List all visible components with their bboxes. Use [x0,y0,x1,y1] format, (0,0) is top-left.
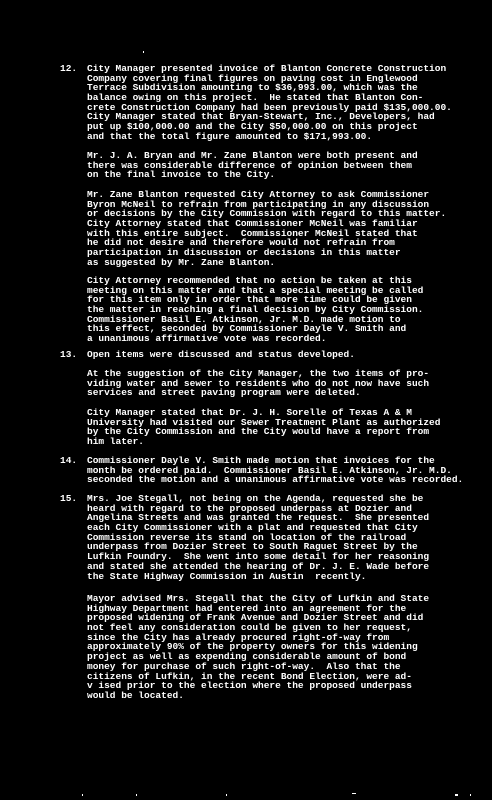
item-15-paragraph-stegall-request: Mrs. Joe Stegall, not being on the Agend… [87,494,487,581]
scan-speck [470,794,471,796]
text-line: him later. [87,437,487,447]
item-number-14: 14. [60,456,86,466]
text-line: the State Highway Commission in Austin r… [87,572,487,582]
item-12-paragraph-recommendation: City Attorney recommended that no action… [87,276,487,344]
item-number-12: 12. [60,64,86,74]
item-13-paragraph-deleted-items: At the suggestion of the City Manager, t… [87,369,487,398]
text-line: a unanimous affirmative vote was recorde… [87,334,487,344]
scan-speck [82,794,83,796]
scan-speck [136,794,137,796]
scan-speck [143,51,144,53]
text-line: as suggested by Mr. Zane Blanton. [87,258,487,268]
scan-speck [455,794,458,796]
text-line: services and street paving program were … [87,388,487,398]
scan-speck [352,793,356,794]
scan-speck [226,794,227,796]
item-12-paragraph-refrain-request: Mr. Zane Blanton requested City Attorney… [87,190,487,268]
item-13-paragraph-sewer-report: City Manager stated that Dr. J. H. Sorel… [87,408,487,447]
item-14-paragraph-invoices: Commissioner Dayle V. Smith made motion … [87,456,487,485]
document-page: 12. City Manager presented invoice of Bl… [0,0,492,800]
item-12-paragraph-opinion: Mr. J. A. Bryan and Mr. Zane Blanton wer… [87,151,487,180]
text-line: on the final invoice to the City. [87,170,487,180]
text-line: and that the total figure amounted to $1… [87,132,487,142]
item-number-15: 15. [60,494,86,504]
item-12-paragraph-invoice: City Manager presented invoice of Blanto… [87,64,487,142]
item-13-paragraph-open-items: Open items were discussed and status dev… [87,350,487,360]
item-number-13: 13. [60,350,86,360]
text-line: by the City Commission and the City woul… [87,427,487,437]
text-line: would be located. [87,691,487,701]
text-line: seconded the motion and a unanimous affi… [87,475,487,485]
item-15-paragraph-mayor-response: Mayor advised Mrs. Stegall that the City… [87,594,487,701]
text-line: Open items were discussed and status dev… [87,350,487,360]
